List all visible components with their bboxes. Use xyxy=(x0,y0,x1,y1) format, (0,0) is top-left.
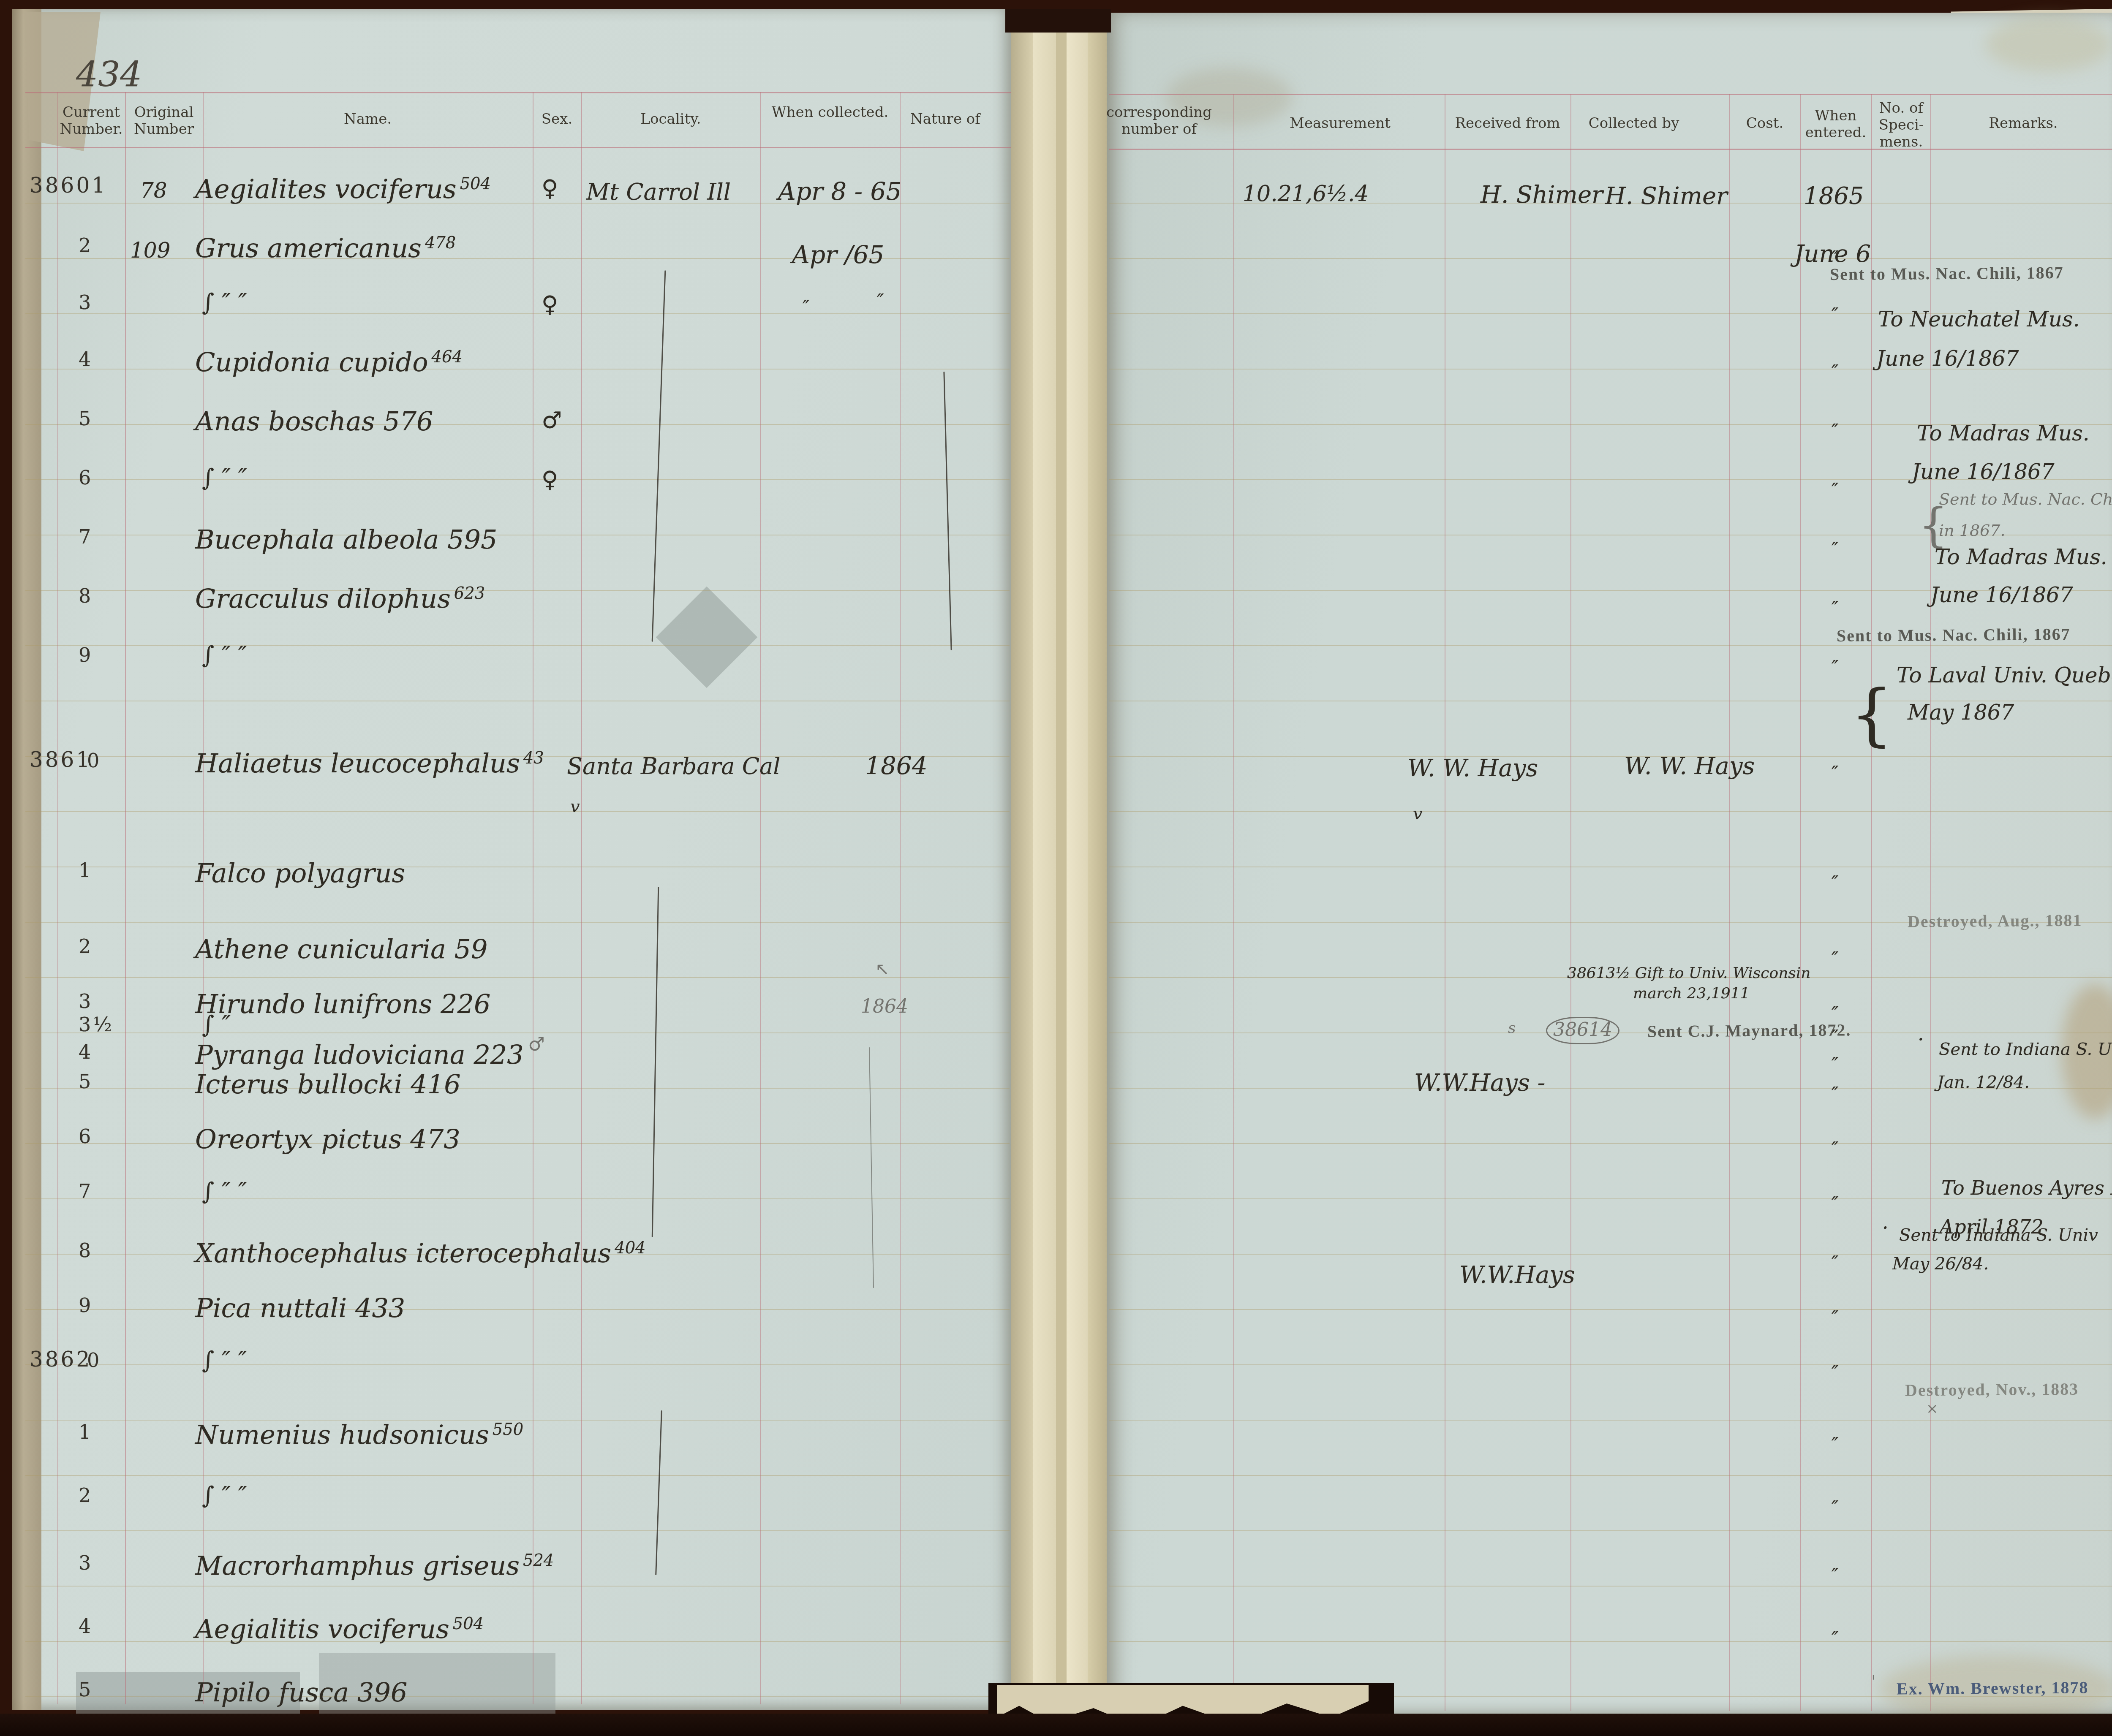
species-name: Aegialitis vociferus504 xyxy=(195,1614,484,1644)
note-chile_2: in 1867. xyxy=(1939,521,2006,540)
species-number: 504 xyxy=(460,174,491,193)
rule-line xyxy=(25,1143,1010,1144)
note-laval_2: May 1867 xyxy=(1908,700,2014,725)
current-number: 3862 xyxy=(30,1347,92,1372)
current-number: 3 xyxy=(79,990,93,1013)
collected-by: H. Shimer xyxy=(1605,182,1728,210)
table-edge xyxy=(0,1714,2112,1736)
header-nature-of: Nature of xyxy=(901,111,990,128)
rule-line xyxy=(1109,94,2112,95)
header-measurement: Measurement xyxy=(1236,115,1445,132)
species-name: Oreortyx pictus 473 xyxy=(195,1124,460,1155)
current-number: 1 xyxy=(79,1421,93,1443)
header-when-entered: When entered. xyxy=(1800,107,1871,141)
when-collected: 1864 xyxy=(865,751,928,780)
header-sex: Sex. xyxy=(533,111,581,128)
species-name: Gracculus dilophus623 xyxy=(195,583,485,614)
species-name: Pica nuttali 433 xyxy=(195,1293,405,1323)
rule-line xyxy=(760,92,761,1704)
rule-line xyxy=(1109,1530,2112,1531)
rule-line xyxy=(1109,867,2112,867)
header-collected-by: Collected by xyxy=(1570,115,1697,132)
note-check_sb: v xyxy=(570,797,580,816)
species-name-ditto: ∫ ″ ″ xyxy=(202,464,247,492)
note-madras1_2: June 16/1867 xyxy=(1912,459,2055,484)
header-original-number: Original Number xyxy=(126,104,202,138)
rule-line xyxy=(25,1586,1010,1587)
note-check_hays: v xyxy=(1413,804,1423,823)
species-name: Macrorhamphus griseus524 xyxy=(195,1550,554,1581)
rule-line xyxy=(1800,94,1801,1711)
species-name: Anas boschas 576 xyxy=(195,406,433,437)
note-madras2_1: To Madras Mus. xyxy=(1935,545,2107,569)
rule-line xyxy=(25,92,1011,93)
note-brewster_tick: ' xyxy=(1871,1672,1876,1692)
current-number: 7 xyxy=(79,525,93,548)
rule-line xyxy=(25,811,1010,812)
rule-line xyxy=(25,701,1010,701)
rule-line xyxy=(25,369,1010,369)
when-entered-ditto: ″ xyxy=(1832,1252,1838,1274)
current-number: 6 xyxy=(79,1125,93,1148)
note-indiana2_tick: · xyxy=(1882,1216,1889,1239)
current-number: 9 xyxy=(79,1294,93,1317)
rule-line xyxy=(1109,756,2112,757)
rule-line xyxy=(25,1696,1010,1697)
rule-line xyxy=(1109,645,2112,646)
rule-line xyxy=(1871,94,1872,1711)
species-number: 404 xyxy=(615,1239,645,1258)
species-number: 478 xyxy=(425,234,456,253)
gutter-fold xyxy=(1067,9,1088,1715)
species-number: 623 xyxy=(454,584,485,603)
sex-symbol: ♂ xyxy=(542,407,562,434)
rule-line xyxy=(25,1309,1010,1310)
rule-line xyxy=(1109,1309,2112,1310)
species-name: Hirundo lunifrons 226 xyxy=(195,989,490,1019)
note-buenos_1: To Buenos Ayres Mus xyxy=(1941,1176,2112,1199)
rule-line xyxy=(1445,94,1445,1711)
species-number: 524 xyxy=(523,1551,554,1570)
species-number: 43 xyxy=(523,749,544,768)
gutter-fold xyxy=(1056,9,1067,1715)
rule-line xyxy=(900,92,901,1704)
note-entered_year: 1865 xyxy=(1804,182,1864,210)
sex-symbol-pencil: ♂ xyxy=(528,1034,544,1055)
species-name: Grus americanus478 xyxy=(195,233,456,264)
rule-line xyxy=(25,479,1010,480)
rule-line xyxy=(25,1032,1010,1033)
gutter-fold xyxy=(1011,9,1033,1715)
rule-line xyxy=(1109,811,2112,812)
rule-line xyxy=(25,1364,1010,1365)
species-number: 464 xyxy=(432,348,463,367)
current-number: 6 xyxy=(79,466,93,489)
note-chile_1: Sent to Mus. Nac. Chile xyxy=(1939,490,2112,508)
current-number: 4 xyxy=(79,348,93,371)
rule-line xyxy=(1233,94,1234,1711)
header-locality: Locality. xyxy=(581,111,760,128)
note-pencil_arrow: ↖ xyxy=(875,959,890,979)
sex-symbol: ♀ xyxy=(542,291,558,318)
species-name: Haliaetus leucocephalus43 xyxy=(195,748,544,779)
when-entered-ditto: ″ xyxy=(1832,1138,1838,1160)
species-name: Falco polyagrus xyxy=(195,858,405,888)
current-number: 5 xyxy=(79,1070,93,1093)
rule-line xyxy=(25,867,1010,867)
rule-line xyxy=(25,1088,1010,1089)
current-number: 3861 xyxy=(30,747,92,772)
current-number: 5 xyxy=(79,1678,93,1701)
current-number: 2 xyxy=(79,1484,93,1507)
note-wc_ditto_b: ″ xyxy=(877,291,884,312)
current-number: 3 xyxy=(79,1551,93,1574)
note-wisconsin_2: march 23,1911 xyxy=(1633,985,1750,1002)
note-laval_1: To Laval Univ. Quebec xyxy=(1897,663,2112,687)
species-name-ditto: ∫ ″ ″ xyxy=(202,1178,247,1205)
note-pencil_1864: 1864 xyxy=(861,996,908,1017)
sex-symbol: ♀ xyxy=(542,175,558,201)
current-number: 2 xyxy=(79,935,93,958)
header-no-of-specimens: No. of Speci- mens. xyxy=(1874,100,1929,150)
rule-line xyxy=(203,92,204,1704)
rule-line xyxy=(1109,1420,2112,1421)
note-maynard_num: 38614 xyxy=(1546,1017,1619,1044)
when-entered-ditto: ″ xyxy=(1832,1565,1838,1587)
species-number: 550 xyxy=(493,1420,523,1439)
rule-line xyxy=(25,1475,1010,1476)
when-entered-ditto: ″ xyxy=(1832,1054,1838,1076)
when-entered-ditto: ″ xyxy=(1832,763,1838,784)
rule-line xyxy=(1930,94,1931,1711)
note-stamp_destroyed_1881: Destroyed, Aug., 1881 xyxy=(1908,910,2082,932)
gutter-shadow xyxy=(1005,9,1111,33)
when-entered-ditto: ″ xyxy=(1832,480,1838,501)
species-name: Pipilo fusca 396 xyxy=(195,1677,407,1708)
when-entered-ditto: ″ xyxy=(1832,1497,1838,1519)
species-name: Xanthocephalus icterocephalus404 xyxy=(195,1238,646,1269)
species-name: Aegialites vociferus504 xyxy=(195,174,491,204)
received-from: W. W. Hays xyxy=(1407,755,1538,782)
note-madras2_2: June 16/1867 xyxy=(1930,583,2073,607)
note-pencil_x: × xyxy=(1926,1400,1938,1417)
original-number: 78 xyxy=(140,178,167,203)
note-wisconsin_1: 38613½ Gift to Univ. Wisconsin xyxy=(1567,964,1811,982)
rule-line xyxy=(25,424,1010,425)
when-entered-ditto: ″ xyxy=(1832,872,1838,894)
note-stamp_destroyed_1883: Destroyed, Nov., 1883 xyxy=(1905,1379,2079,1400)
current-number: 3½ xyxy=(79,1013,114,1036)
current-number: 4 xyxy=(79,1041,93,1063)
current-number: 7 xyxy=(79,1180,93,1203)
note-neuchatel_2: June 16/1867 xyxy=(1876,346,2019,371)
rule-line xyxy=(1109,1641,2112,1642)
current-number-sub: 0 xyxy=(87,749,101,772)
rule-line xyxy=(1729,94,1730,1711)
rule-line xyxy=(1109,1475,2112,1476)
species-name-ditto: ∫ ″ ″ xyxy=(202,1482,247,1509)
rule-line xyxy=(1109,1586,2112,1587)
note-indiana2_2: May 26/84. xyxy=(1892,1254,1989,1274)
sex-symbol: ♀ xyxy=(542,466,558,493)
original-number: 109 xyxy=(130,238,170,263)
when-collected: Apr 8 - 65 xyxy=(778,177,901,206)
gutter-fold xyxy=(1033,9,1056,1715)
rule-line xyxy=(533,92,533,1704)
current-number: 1 xyxy=(79,859,93,882)
header-cost: Cost. xyxy=(1729,115,1800,132)
when-entered-ditto: ″ xyxy=(1832,598,1838,619)
rule-line xyxy=(25,1530,1010,1531)
when-entered-ditto: ″ xyxy=(1832,1628,1838,1650)
rule-line xyxy=(25,535,1010,535)
rule-line xyxy=(25,1198,1010,1199)
header-corresponding-number: corresponding number of xyxy=(1093,104,1225,138)
note-maynard_tick: s xyxy=(1508,1019,1516,1037)
note-stamp_chili_1: Sent to Mus. Nac. Chili, 1867 xyxy=(1830,263,2064,284)
note-madras1_1: To Madras Mus. xyxy=(1917,421,2090,446)
when-entered-ditto: ″ xyxy=(1832,1084,1838,1105)
note-wc_ditto_a: ″ xyxy=(803,297,809,318)
rule-line xyxy=(25,977,1010,978)
rule-line xyxy=(25,922,1010,923)
species-name: Cupidonia cupido464 xyxy=(195,347,463,378)
when-collected: Apr /65 xyxy=(792,240,885,269)
note-stamp_chili_2: Sent to Mus. Nac. Chili, 1867 xyxy=(1837,624,2071,646)
current-number: 2 xyxy=(79,234,93,257)
received-from: H. Shimer xyxy=(1481,181,1603,209)
header-received-from: Received from xyxy=(1445,115,1570,132)
ledger-photo: 434 Current Number. Original Number Name… xyxy=(0,0,2112,1736)
measurement: 10.21,6½.4 xyxy=(1243,181,1369,206)
species-name: Numenius hudsonicus550 xyxy=(195,1419,523,1450)
rule-line xyxy=(25,147,1011,148)
species-name: Pyranga ludoviciana 223 xyxy=(195,1039,524,1070)
received-from: W.W.Hays xyxy=(1459,1261,1575,1289)
rule-line xyxy=(57,92,58,1704)
rule-line xyxy=(581,92,582,1704)
species-name-ditto: ∫ ″ ″ xyxy=(202,289,247,316)
rule-line xyxy=(25,645,1010,646)
rule-line xyxy=(25,313,1010,314)
header-remarks: Remarks. xyxy=(1930,115,2112,132)
header-when-collected: When collected. xyxy=(760,104,900,121)
species-name-ditto: ∫ ″ xyxy=(202,1011,231,1038)
current-number: 38601 xyxy=(30,173,107,198)
rule-line xyxy=(1570,94,1571,1711)
locality: Santa Barbara Cal xyxy=(567,753,780,780)
current-number: 8 xyxy=(79,1239,93,1262)
species-name: Bucephala albeola 595 xyxy=(195,524,497,555)
current-number: 8 xyxy=(79,584,93,607)
species-name: Icterus bullocki 416 xyxy=(195,1069,461,1100)
species-name: Athene cunicularia 59 xyxy=(195,934,487,964)
rule-line xyxy=(1109,1143,2112,1144)
rule-line xyxy=(1109,258,2112,259)
note-stamp_brewster: Ex. Wm. Brewster, 1878 xyxy=(1897,1677,2089,1698)
species-number: 504 xyxy=(453,1614,484,1633)
note-indiana2_1: Sent to Indiana S. Univ xyxy=(1899,1225,2098,1245)
rule-line xyxy=(1109,149,2112,150)
note-maynard_stamp: Sent C.J. Maynard, 1872. xyxy=(1647,1020,1851,1041)
page-number: 434 xyxy=(76,55,142,95)
note-entered_day: June 6 xyxy=(1794,240,1871,268)
current-number: 3 xyxy=(79,291,93,314)
locality: Mt Carrol Ill xyxy=(586,179,731,205)
rule-line xyxy=(25,590,1010,591)
note-indiana1_2: Jan. 12/84. xyxy=(1937,1073,2030,1092)
note-indiana1_tick: · xyxy=(1918,1028,1924,1051)
when-entered-ditto: ″ xyxy=(1832,948,1838,970)
header-name: Name. xyxy=(203,111,533,128)
header-current-number: Current Number. xyxy=(57,104,125,138)
collected-by: W. W. Hays xyxy=(1624,753,1755,780)
note-indiana1_1: Sent to Indiana S. Univ, xyxy=(1939,1040,2112,1059)
when-entered-ditto: ″ xyxy=(1832,1362,1838,1384)
species-name-ditto: ∫ ″ ″ xyxy=(202,641,247,669)
note-neuchatel_1: To Neuchatel Mus. xyxy=(1878,307,2080,331)
current-number: 5 xyxy=(79,407,93,430)
when-entered-ditto: ″ xyxy=(1832,539,1838,560)
when-entered-ditto: ″ xyxy=(1832,421,1838,442)
note-laval_brace: { xyxy=(1850,675,1893,754)
rule-line xyxy=(125,92,126,1704)
current-number: 4 xyxy=(79,1615,93,1638)
when-entered-ditto: ″ xyxy=(1832,361,1838,383)
when-entered-ditto: ″ xyxy=(1832,657,1838,679)
spine-tape xyxy=(12,9,41,1710)
current-number: 9 xyxy=(79,644,93,666)
when-entered-ditto: ″ xyxy=(1832,304,1838,326)
species-name-ditto: ∫ ″ ″ xyxy=(202,1347,247,1374)
when-entered-ditto: ″ xyxy=(1832,1193,1838,1215)
rule-line xyxy=(1109,1364,2112,1365)
received-from: W.W.Hays - xyxy=(1414,1069,1545,1097)
when-entered-ditto: ″ xyxy=(1832,1307,1838,1329)
gutter-fold xyxy=(1088,9,1107,1715)
stain xyxy=(1985,17,2112,72)
current-number-sub: 0 xyxy=(87,1349,101,1372)
rule-line xyxy=(25,1641,1010,1642)
when-entered-ditto: ″ xyxy=(1832,1434,1838,1456)
